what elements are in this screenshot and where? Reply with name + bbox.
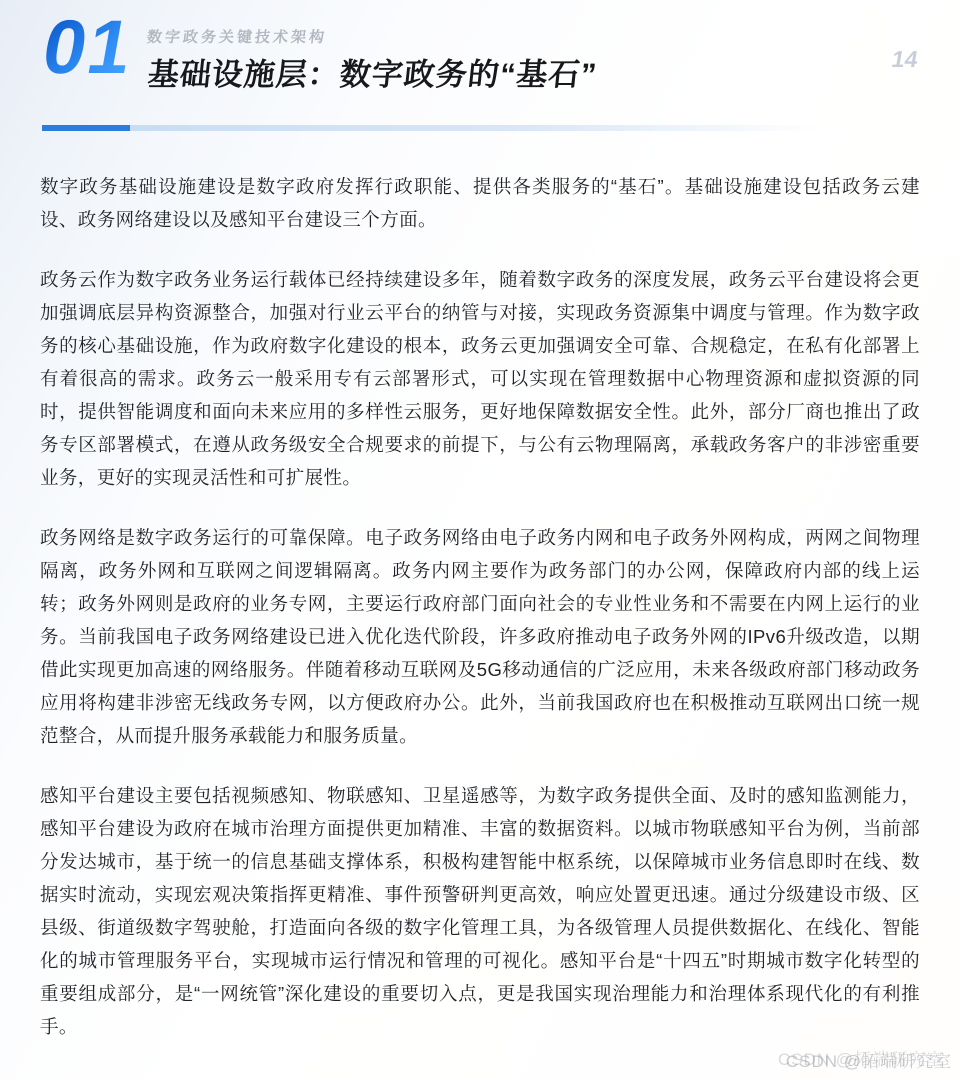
section-number: 01 [37,10,139,86]
paragraph-gov-network: 政务网络是数字政务运行的可靠保障。电子政务网络由电子政务内网和电子政务外网构成，… [40,521,920,752]
body-text: 数字政务基础设施建设是数字政府发挥行政职能、提供各类服务的“基石”。基础设施建设… [40,170,920,1043]
underline-accent-segment [42,125,130,131]
page-title: 基础设施层：数字政务的“基石” [146,56,850,93]
paragraph-intro: 数字政务基础设施建设是数字政府发挥行政职能、提供各类服务的“基石”。基础设施建设… [40,170,920,236]
underline-fade-segment [130,125,852,131]
paragraph-gov-cloud: 政务云作为数字政务业务运行载体已经持续建设多年，随着数字政务的深度发展，政务云平… [40,263,920,494]
page-number: 14 [890,46,920,73]
watermark-text: CSDN @拓端研究室 [786,1047,952,1072]
section-eyebrow-label: 数字政务关键技术架构 [146,26,848,47]
report-page: 01 数字政务关键技术架构 基础设施层：数字政务的“基石” 14 数字政务基础设… [0,0,960,1080]
title-underline-rule [42,125,852,131]
paragraph-sensing-platform: 感知平台建设主要包括视频感知、物联感知、卫星遥感等，为数字政务提供全面、及时的感… [40,779,920,1043]
header-text-block: 数字政务关键技术架构 基础设施层：数字政务的“基石” [146,26,846,93]
